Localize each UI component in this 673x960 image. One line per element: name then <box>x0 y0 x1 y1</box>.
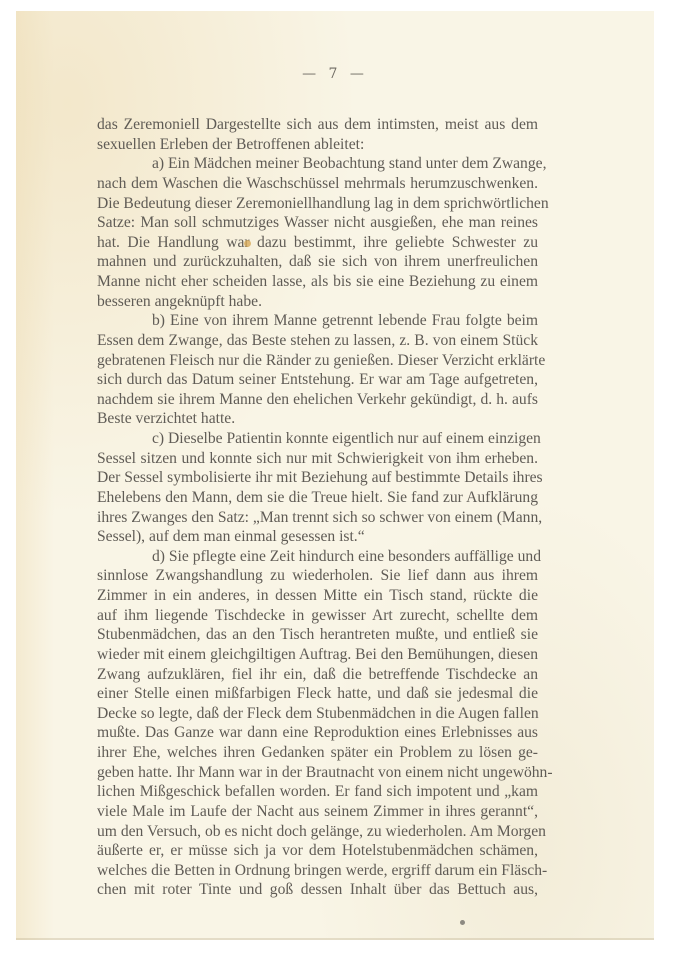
text-line: wieder mit einem gleichgiltigen Auftrag.… <box>97 645 538 665</box>
text-line: lichen Mißgeschick befallen worden. Er f… <box>97 782 538 802</box>
page-number: — 7 — <box>16 66 654 82</box>
text-line: welches die Betten in Ordnung bringen we… <box>97 861 538 881</box>
text-line: sinnlose Zwangshandlung zu wiederholen. … <box>97 566 538 586</box>
text-line: nachdem sie ihrem Manne den ehelichen Ve… <box>97 390 538 410</box>
text-line: Der Sessel symbolisierte ihr mit Beziehu… <box>97 468 538 488</box>
text-line: gebratenen Fleisch nur die Ränder zu gen… <box>97 351 538 371</box>
text-line: Stubenmädchen, das an den Tisch herantre… <box>97 625 538 645</box>
text-line: Beste verzichtet hatte. <box>97 409 538 429</box>
text-line: a) Ein Mädchen meiner Beobachtung stand … <box>97 154 538 174</box>
text-line: Decke so legte, daß der Fleck dem Stuben… <box>97 704 538 724</box>
text-line: Sessel sitzen und konnte sich nur mit Sc… <box>97 449 538 469</box>
text-line: Ehelebens den Mann, dem sie die Treue hi… <box>97 488 538 508</box>
text-line: nach dem Waschen die Waschschüssel mehrm… <box>97 174 538 194</box>
text-line: einer Stelle einen mißfarbigen Fleck hat… <box>97 684 538 704</box>
text-line: sich durch das Datum seiner Entstehung. … <box>97 370 538 390</box>
text-line: Zwang aufzuklären, fiel ihr ein, daß die… <box>97 665 538 685</box>
text-line: das Zeremoniell Dargestellte sich aus de… <box>97 115 538 135</box>
text-line: Die Bedeutung dieser Zeremoniellhandlung… <box>97 194 538 214</box>
text-line: um den Versuch, ob es nicht doch gelänge… <box>97 822 538 842</box>
text-line: geben hatte. Ihr Mann war in der Brautna… <box>97 763 538 783</box>
paper-stain <box>244 240 251 247</box>
text-line: ihrer Ehe, welches ihren Gedanken später… <box>97 743 538 763</box>
text-line: viele Male im Laufe der Nacht aus seinem… <box>97 802 538 822</box>
text-line: Sessel), auf dem man einmal gesessen ist… <box>97 527 538 547</box>
text-line: Satze: Man soll schmutziges Wasser nicht… <box>97 213 538 233</box>
text-line: Zimmer in ein anderes, in dessen Mitte e… <box>97 586 538 606</box>
text-line: hat. Die Handlung war dazu bestimmt, ihr… <box>97 233 538 253</box>
text-line: c) Dieselbe Patientin konnte eigentlich … <box>97 429 538 449</box>
text-line: b) Eine von ihrem Manne getrennt lebende… <box>97 311 538 331</box>
text-line: ihres Zwanges den Satz: „Man trennt sich… <box>97 508 538 528</box>
scanned-page: — 7 — das Zeremoniell Dargestellte sich … <box>16 11 654 940</box>
text-line: d) Sie pflegte eine Zeit hindurch eine b… <box>97 547 538 567</box>
text-line: mußte. Das Ganze war dann eine Reprodukt… <box>97 723 538 743</box>
text-line: sexuellen Erleben der Betroffenen ableit… <box>97 135 538 155</box>
text-line: chen mit roter Tinte und goß dessen Inha… <box>97 880 538 900</box>
text-line: besseren angeknüpft habe. <box>97 292 538 312</box>
text-line: Manne nicht eher scheiden lasse, als bis… <box>97 272 538 292</box>
text-line: mahnen und zurückzuhalten, daß sie sich … <box>97 252 538 272</box>
text-line: Essen dem Zwange, das Beste stehen zu la… <box>97 331 538 351</box>
text-line: auf ihm liegende Tischdecke in gewisser … <box>97 606 538 626</box>
text-line: äußerte er, er müsse sich ja vor dem Hot… <box>97 841 538 861</box>
ink-dot <box>460 920 465 925</box>
body-text: das Zeremoniell Dargestellte sich aus de… <box>97 115 538 900</box>
